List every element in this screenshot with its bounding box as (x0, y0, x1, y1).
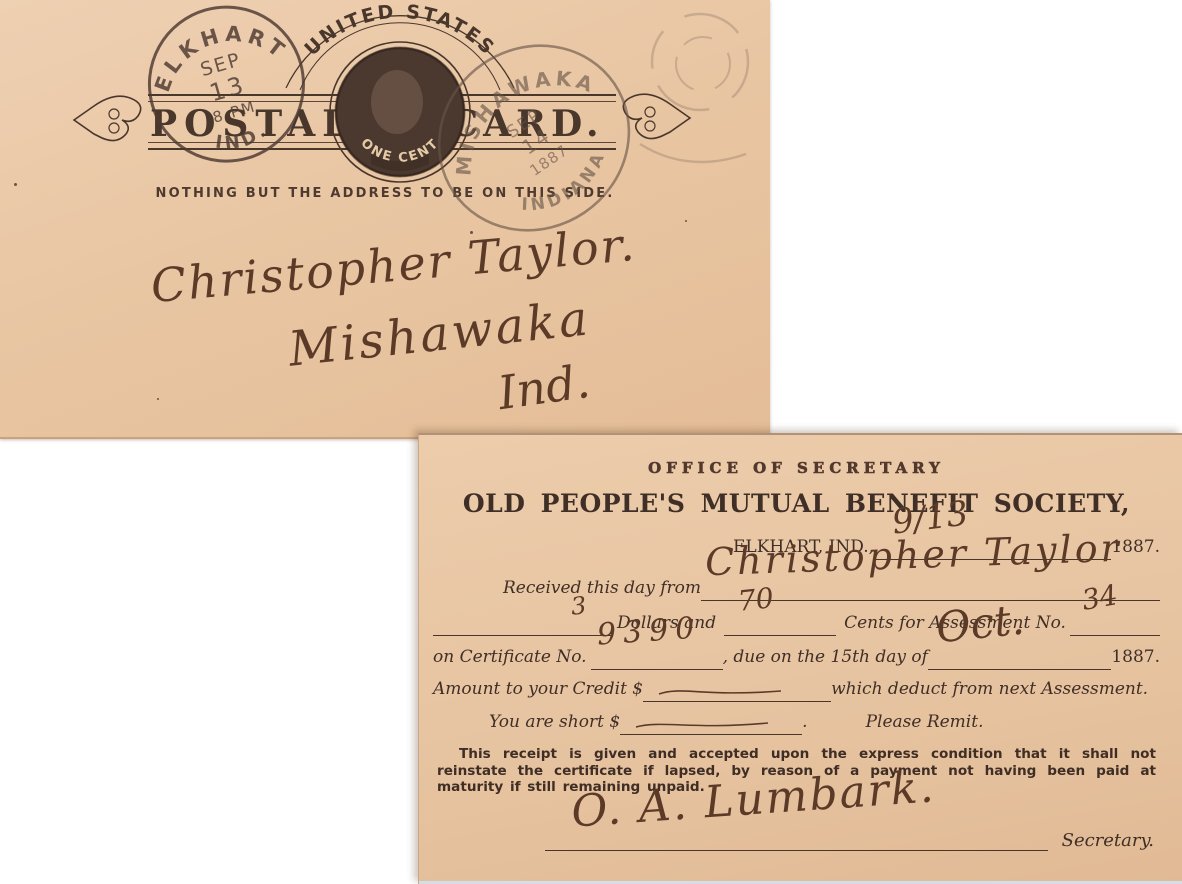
certificate-row: on Certificate No. 9390 , due on the 15t… (433, 644, 1160, 670)
scanned-postcard-page: POSTAL CARD. UNITED STATES (0, 0, 1182, 884)
society-name: OLD PEOPLE'S MUTUAL BENEFIT SOCIETY, (433, 489, 1160, 518)
due-month-handwriting: Oct. (935, 606, 1025, 641)
certificate-handwriting: 9390 (596, 615, 702, 648)
secretary-label: Secretary. (1062, 830, 1154, 851)
due-label: , due on the 15th day of (723, 644, 928, 670)
credit-dash-flourish-icon (655, 685, 785, 699)
ink-speck (470, 231, 473, 234)
short-row: You are short $ . Please Remit. (489, 709, 1160, 735)
received-label: Received this day from (503, 575, 701, 601)
dollars-blank: 3 (433, 611, 611, 636)
postcard-receipt: OFFICE OF SECRETARY OLD PEOPLE'S MUTUAL … (418, 433, 1182, 884)
dollars-handwriting: 3 (570, 592, 588, 619)
amount-row: 3 Dollars and 70 Cents for Assessment No… (433, 610, 1160, 636)
assessment-blank: 34 (1070, 611, 1160, 636)
ink-speck (14, 183, 17, 186)
received-name-handwriting: Christopher Taylor (705, 535, 1122, 576)
assessment-handwriting: 34 (1080, 582, 1120, 614)
cents-handwriting: 70 (737, 585, 775, 615)
date-handwriting: 9/13 (891, 500, 970, 535)
ghost-postmark-marks (628, 4, 778, 194)
address-state-handwriting: Ind. (495, 354, 593, 420)
postmark-elkhart: ELKHART SEP 13 8 PM IND. (115, 0, 339, 194)
due-month-blank: Oct. (928, 645, 1111, 670)
certificate-label: on Certificate No. (433, 644, 587, 670)
ink-speck (157, 398, 159, 400)
remit-label: Please Remit. (866, 709, 984, 735)
credit-label: Amount to your Credit $ (433, 676, 643, 702)
short-label: You are short $ (489, 709, 620, 735)
short-period: . (802, 709, 807, 735)
short-dash-flourish-icon (632, 718, 772, 732)
credit-blank (643, 677, 831, 702)
postcard-front: POSTAL CARD. UNITED STATES (0, 0, 770, 439)
cents-blank: 70 (724, 611, 836, 636)
signature-blank: O. A. Lumbark. (545, 826, 1048, 851)
credit-row: Amount to your Credit $ which deduct fro… (433, 676, 1160, 702)
due-year-label: 1887. (1111, 644, 1160, 670)
office-heading: OFFICE OF SECRETARY (433, 459, 1160, 477)
ink-speck (685, 220, 687, 222)
signature-row: O. A. Lumbark. Secretary. (545, 826, 1154, 851)
short-blank (620, 710, 802, 735)
received-row: Received this day from Christopher Taylo… (503, 575, 1160, 601)
credit-note: which deduct from next Assessment. (831, 676, 1148, 702)
certificate-blank: 9390 (591, 645, 723, 670)
